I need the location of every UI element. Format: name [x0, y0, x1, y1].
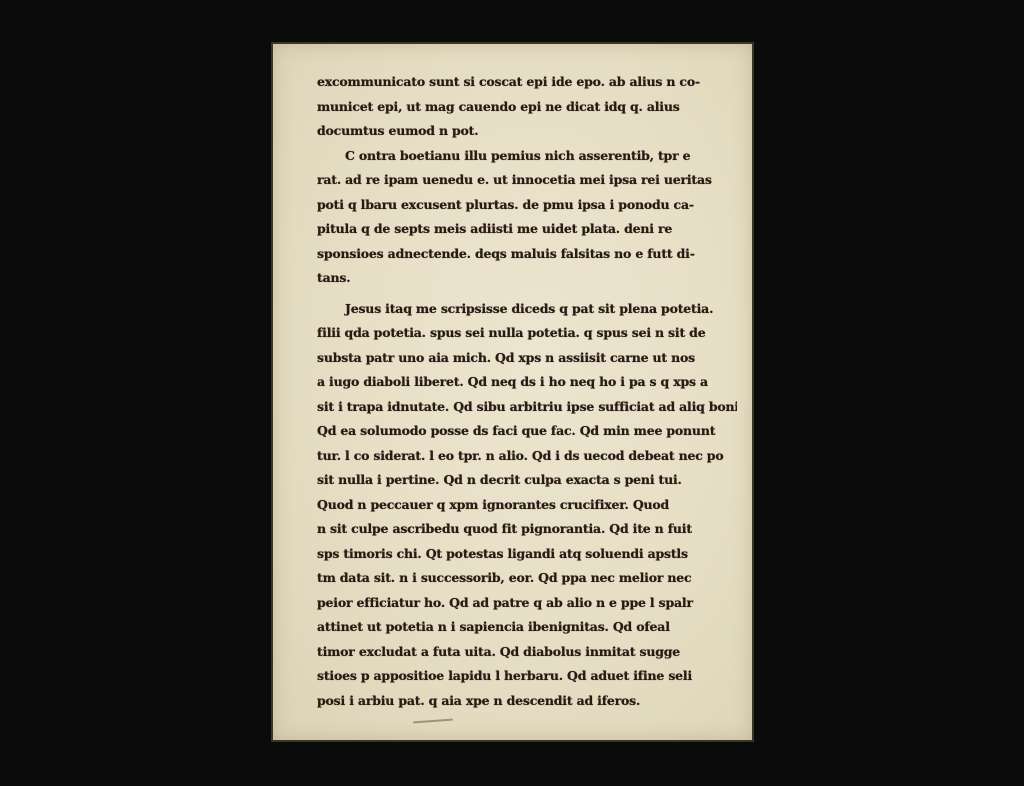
text-line: pitula q de septs meis adiisti me uidet …: [317, 217, 737, 242]
text-line: poti q lbaru excusent plurtas. de pmu ip…: [317, 193, 737, 218]
text-line: rat. ad re ipam uenedu e. ut innocetia m…: [317, 168, 737, 193]
text-line: a iugo diaboli liberet. Qd neq ds i ho n…: [317, 370, 737, 395]
text-line: peior efficiatur ho. Qd ad patre q ab al…: [317, 591, 737, 616]
text-line: sponsioes adnectende. deqs maluis falsit…: [317, 242, 737, 267]
text-line: municet epi, ut mag cauendo epi ne dicat…: [317, 95, 737, 120]
text-line: sit i trapa idnutate. Qd sibu arbitriu i…: [317, 395, 737, 420]
text-line: excommunicato sunt si coscat epi ide epo…: [317, 70, 737, 95]
text-line: Quod n peccauer q xpm ignorantes crucifi…: [317, 493, 737, 518]
image-viewer: excommunicato sunt si coscat epi ide epo…: [0, 0, 1024, 786]
text-line: tur. l co siderat. l eo tpr. n alio. Qd …: [317, 444, 737, 469]
text-line: tm data sit. n i successorib, eor. Qd pp…: [317, 566, 737, 591]
text-line: posi i arbiu pat. q aia xpe n descendit …: [317, 689, 737, 714]
text-line: filii qda potetia. spus sei nulla poteti…: [317, 321, 737, 346]
text-line: timor excludat a futa uita. Qd diabolus …: [317, 640, 737, 665]
text-line: Qd ea solumodo posse ds faci que fac. Qd…: [317, 419, 737, 444]
text-line: documtus eumod n pot.: [317, 119, 737, 144]
text-line: C ontra boetianu illu pemius nich assere…: [317, 144, 737, 169]
text-line: sps timoris chi. Qt potestas ligandi atq…: [317, 542, 737, 567]
text-line: stioes p appositioe lapidu l herbaru. Qd…: [317, 664, 737, 689]
text-line: tans.: [317, 266, 737, 291]
ink-smudge: [413, 719, 453, 724]
manuscript-page: excommunicato sunt si coscat epi ide epo…: [273, 44, 752, 740]
text-line: substa patr uno aia mich. Qd xps n assii…: [317, 346, 737, 371]
text-line: sit nulla i pertine. Qd n decrit culpa e…: [317, 468, 737, 493]
manuscript-text: excommunicato sunt si coscat epi ide epo…: [317, 70, 737, 713]
text-line: n sit culpe ascribedu quod fit pignorant…: [317, 517, 737, 542]
text-line: Jesus itaq me scripsisse diceds q pat si…: [317, 297, 737, 322]
text-line: attinet ut potetia n i sapiencia ibenign…: [317, 615, 737, 640]
